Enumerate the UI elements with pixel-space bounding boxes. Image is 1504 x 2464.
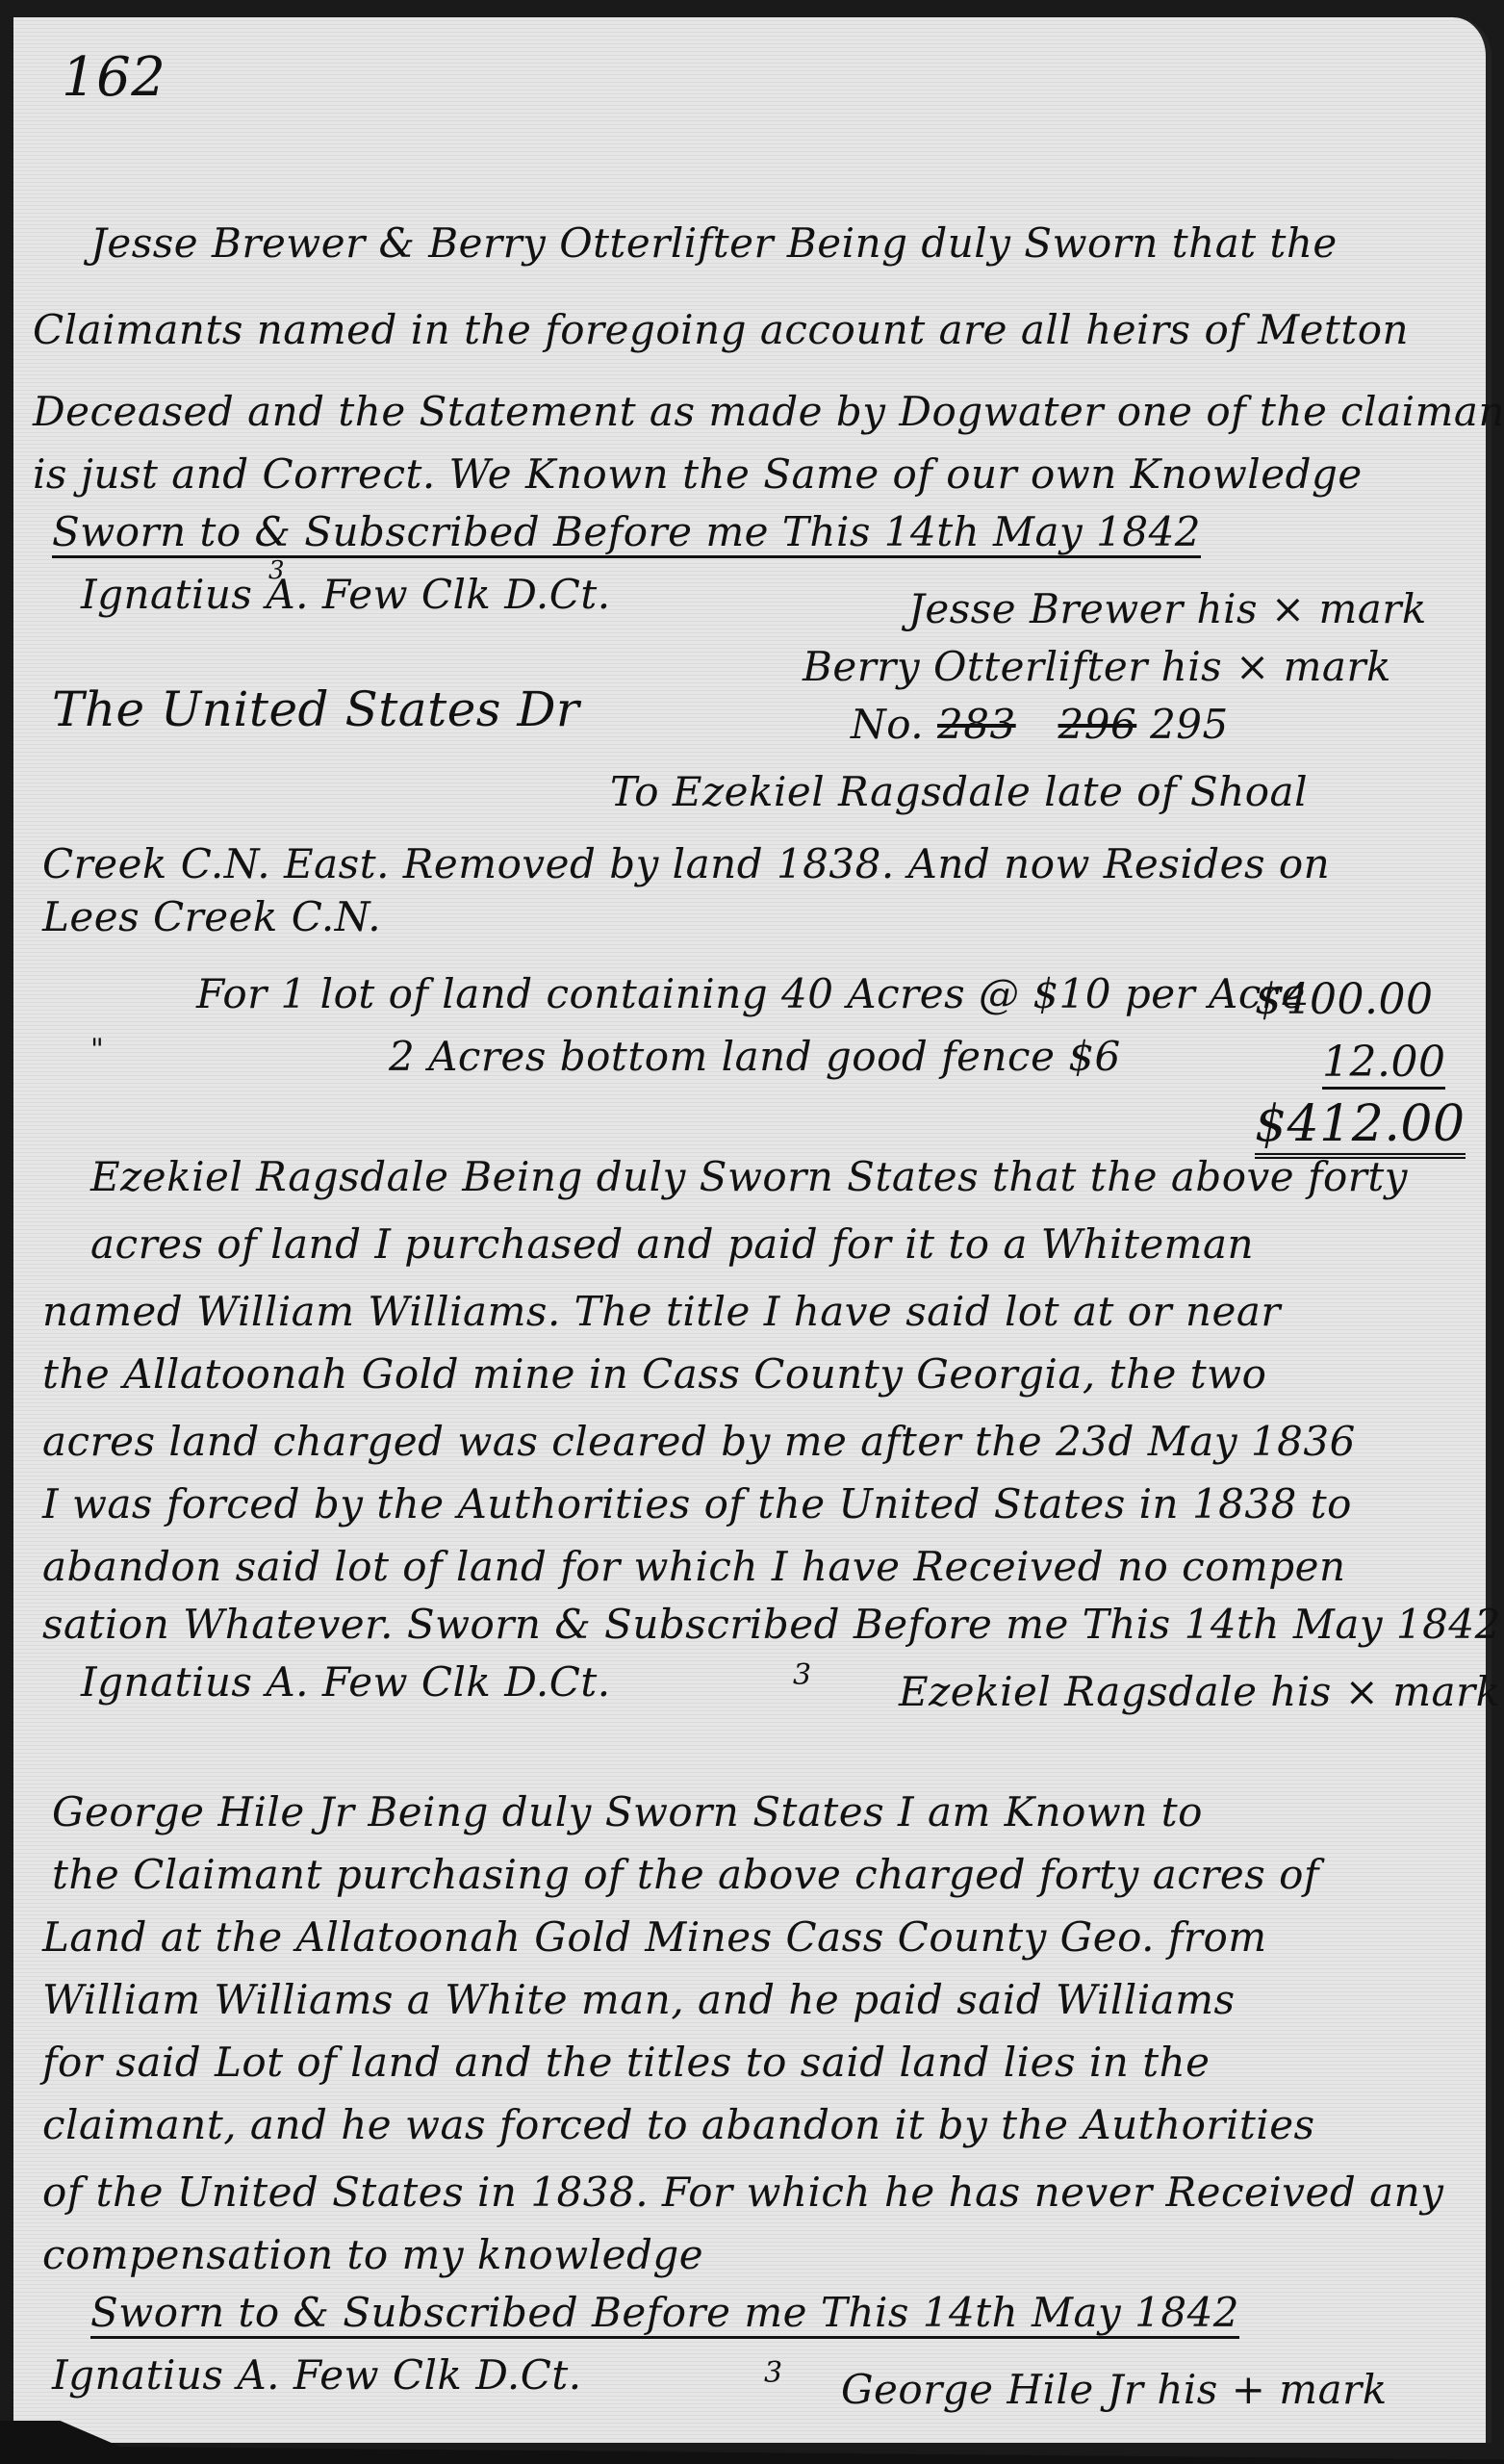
text-line: Jesse Brewer & Berry Otterlifter Being d… xyxy=(90,219,1338,267)
number-label: No. xyxy=(851,701,924,748)
item-amount: 12.00 xyxy=(1322,1038,1445,1090)
item-description: 2 Acres bottom land good fence $6 xyxy=(389,1033,1121,1080)
text-line: the Allatoonah Gold mine in Cass County … xyxy=(42,1350,1266,1398)
sworn-line: sation Whatever. Sworn & Subscribed Befo… xyxy=(42,1601,1501,1648)
total-amount: $412.00 xyxy=(1255,1095,1466,1159)
text-line: claimant, and he was forced to abandon i… xyxy=(42,2101,1315,2148)
account-number: No. 283 296 295 xyxy=(851,701,1229,748)
signer-ragsdale: Ezekiel Ragsdale his × mark xyxy=(899,1668,1501,1715)
clerk-signature: Ignatius A. Few Clk D.Ct. xyxy=(52,2351,582,2399)
claim-number: 295 xyxy=(1150,701,1229,748)
text-line: I was forced by the Authorities of the U… xyxy=(42,1480,1352,1527)
struck-number: 283 xyxy=(937,701,1016,748)
seal-mark: 3 xyxy=(268,556,285,585)
text-line: acres of land I purchased and paid for i… xyxy=(90,1220,1254,1268)
page-number: 162 xyxy=(62,46,166,109)
signer-hile: George Hile Jr his + mark xyxy=(841,2366,1388,2413)
text-line: Land at the Allatoonah Gold Mines Cass C… xyxy=(42,1913,1267,1961)
text-line: named William Williams. The title I have… xyxy=(42,1288,1281,1335)
item-amount: $400.00 xyxy=(1255,975,1433,1024)
text-line: Lees Creek C.N. xyxy=(42,893,381,940)
signer-otterlifter: Berry Otterlifter his × mark xyxy=(803,643,1391,690)
text-line: compensation to my knowledge xyxy=(42,2231,703,2278)
text-line: acres land charged was cleared by me aft… xyxy=(42,1418,1356,1465)
text-line: William Williams a White man, and he pai… xyxy=(42,1976,1236,2023)
text-line: Creek C.N. East. Removed by land 1838. A… xyxy=(42,840,1330,887)
account-header: The United States Dr xyxy=(52,681,579,737)
item-description: For 1 lot of land containing 40 Acres @ … xyxy=(196,970,1306,1017)
text-line: George Hile Jr Being duly Sworn States I… xyxy=(52,1788,1203,1835)
text-line: Deceased and the Statement as made by Do… xyxy=(33,388,1504,435)
document-page: 162 Jesse Brewer & Berry Otterlifter Bei… xyxy=(13,17,1491,2443)
text-line: the Claimant purchasing of the above cha… xyxy=(52,1851,1319,1898)
sworn-line: Sworn to & Subscribed Before me This 14t… xyxy=(52,508,1201,558)
text-line: for said Lot of land and the titles to s… xyxy=(42,2039,1211,2086)
signer-brewer: Jesse Brewer his × mark xyxy=(908,585,1427,632)
claimant-line: To Ezekiel Ragsdale late of Shoal xyxy=(610,768,1308,815)
text-line: is just and Correct. We Known the Same o… xyxy=(33,450,1363,498)
seal-mark: 3 xyxy=(764,2356,783,2390)
clerk-signature: Ignatius A. Few Clk D.Ct. xyxy=(81,1658,611,1706)
clerk-signature: Ignatius A. Few Clk D.Ct. xyxy=(81,571,611,618)
sworn-line: Sworn to & Subscribed Before me This 14t… xyxy=(90,2289,1239,2339)
seal-mark: 3 xyxy=(793,1658,812,1692)
text-line: abandon said lot of land for which I hav… xyxy=(42,1543,1346,1590)
text-line: Claimants named in the foregoing account… xyxy=(33,306,1409,353)
text-line: Ezekiel Ragsdale Being duly Sworn States… xyxy=(90,1153,1408,1200)
ditto-mark: " xyxy=(90,1033,104,1066)
text-line: of the United States in 1838. For which … xyxy=(42,2169,1443,2216)
struck-number: 296 xyxy=(1058,701,1137,748)
